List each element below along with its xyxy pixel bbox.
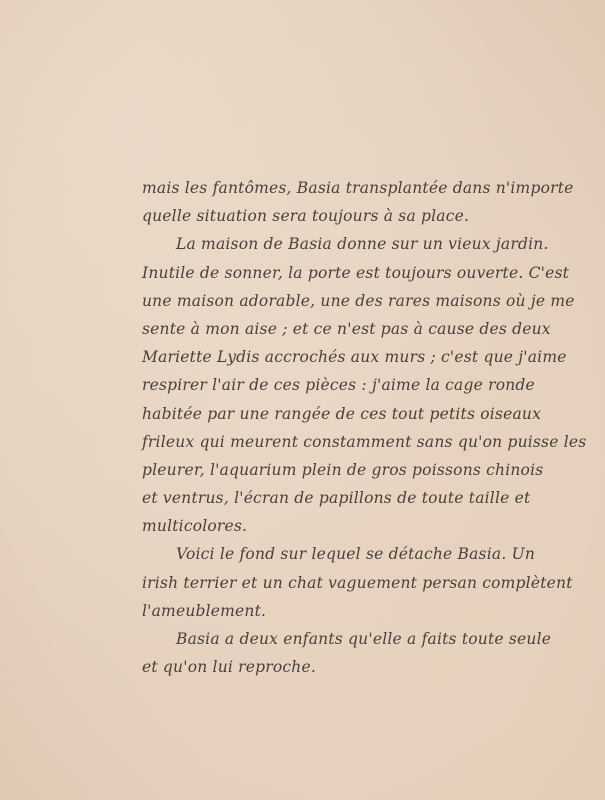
text-line: Voici le fond sur lequel se détache Basi…	[142, 540, 502, 568]
text-line: une maison adorable, une des rares maiso…	[142, 287, 502, 315]
text-line: mais les fantômes, Basia transplantée da…	[142, 174, 502, 202]
text-line: pleurer, l'aquarium plein de gros poisso…	[142, 456, 502, 484]
text-line: sente à mon aise ; et ce n'est pas à cau…	[142, 315, 502, 343]
text-line: irish terrier et un chat vaguement persa…	[142, 569, 502, 597]
paragraph-2: La maison de Basia donne sur un vieux ja…	[142, 230, 502, 540]
text-line: La maison de Basia donne sur un vieux ja…	[142, 230, 502, 258]
text-line: Basia a deux enfants qu'elle a faits tou…	[142, 625, 502, 653]
text-line: respirer l'air de ces pièces : j'aime la…	[142, 371, 502, 399]
text-line: Inutile de sonner, la porte est toujours…	[142, 259, 502, 287]
text-line: quelle situation sera toujours à sa plac…	[142, 202, 502, 230]
body-text: mais les fantômes, Basia transplantée da…	[142, 174, 502, 681]
paragraph-1: mais les fantômes, Basia transplantée da…	[142, 174, 502, 230]
text-line: et qu'on lui reproche.	[142, 653, 502, 681]
text-line: habitée par une rangée de ces tout petit…	[142, 400, 502, 428]
document-page: mais les fantômes, Basia transplantée da…	[0, 0, 605, 800]
text-line: frileux qui meurent constamment sans qu'…	[142, 428, 502, 456]
paragraph-3: Voici le fond sur lequel se détache Basi…	[142, 540, 502, 625]
text-line: l'ameublement.	[142, 597, 502, 625]
paragraph-4: Basia a deux enfants qu'elle a faits tou…	[142, 625, 502, 681]
text-line: et ventrus, l'écran de papillons de tout…	[142, 484, 502, 512]
text-line: Mariette Lydis accrochés aux murs ; c'es…	[142, 343, 502, 371]
text-line: multicolores.	[142, 512, 502, 540]
